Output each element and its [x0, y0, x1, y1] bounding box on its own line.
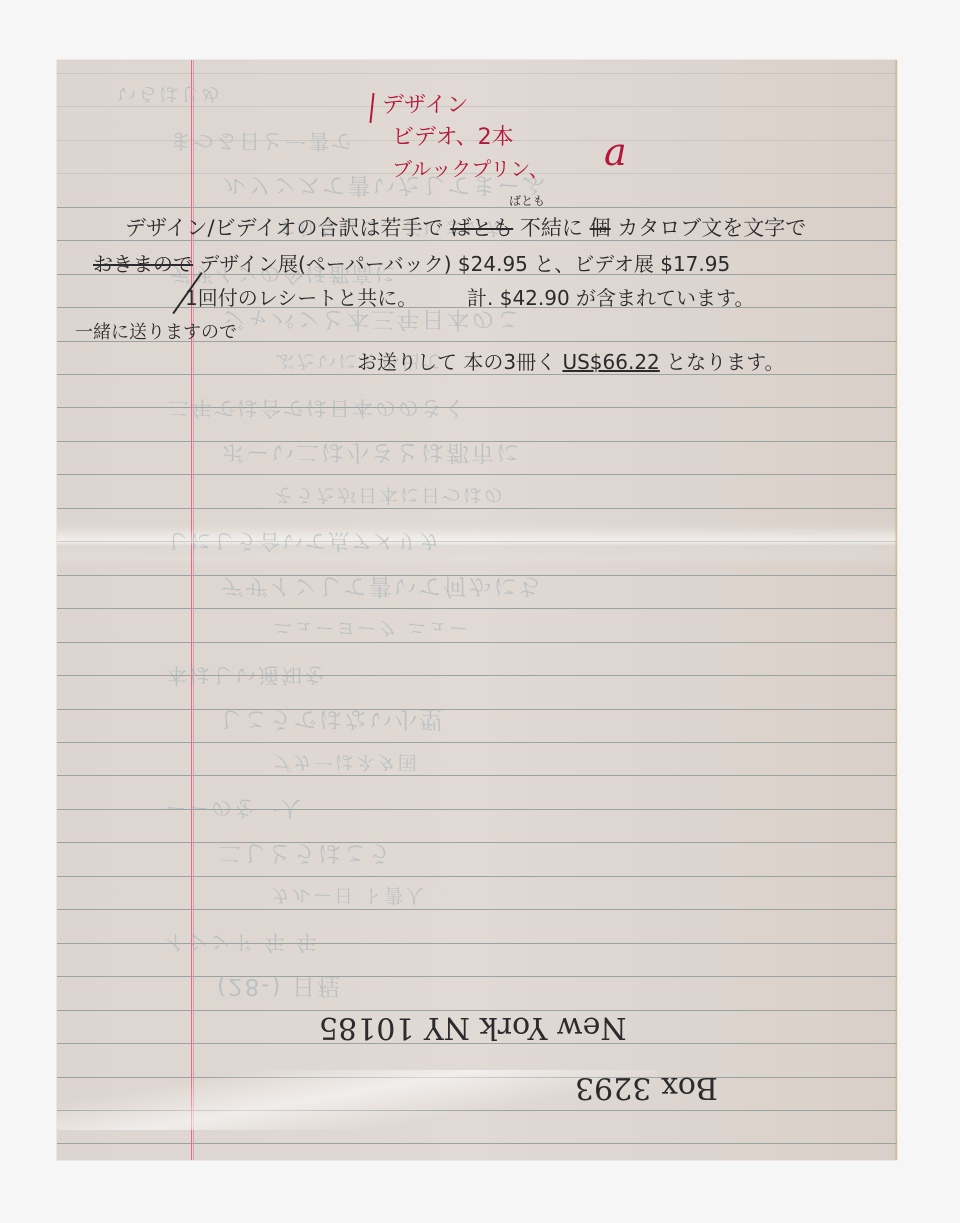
bleed-through-text: しこうではない小型: [219, 705, 444, 738]
letter-line-5-end: となります。: [666, 350, 784, 374]
bleed-through-text: 二年では合では日本ののさく: [168, 394, 467, 424]
ruled-line: [57, 842, 897, 843]
bleed-through-text: プカ一はネタ国: [272, 750, 419, 777]
ruled-line: [57, 608, 897, 609]
bleed-through-text: イシンド 年 年: [164, 928, 319, 958]
margin-insertion-note: 一緒に送りますので: [75, 318, 237, 344]
red-grade-mark: a: [604, 130, 627, 174]
letter-line-1: デザイン/ビデイオの合訳は若手で ばとも 不結に 個 カタロブ文を文字で: [125, 212, 806, 242]
ruled-line: [57, 876, 897, 877]
address-box-line: Box 3293: [575, 1070, 718, 1105]
total-amount: US$66.22: [562, 350, 659, 374]
scanned-page: いらはじめまつる日と一書でルソンスて書いたしてまーふすれなしこ、ごいまいたデザイ…: [0, 0, 960, 1223]
bleed-through-text: (28-) 日程: [217, 972, 342, 1005]
ruled-line: [57, 909, 897, 910]
bleed-through-text: いらはじめ: [117, 82, 222, 109]
ruled-line: [57, 474, 897, 475]
letter-line-5-text: お送りして 本の3冊く: [357, 350, 556, 374]
address-city-line: New York NY 10185: [319, 1010, 627, 1045]
bottom-crease: [57, 1070, 657, 1130]
insertion-note: ばとも: [509, 192, 545, 209]
notebook-paper: いらはじめまつる日と一書でルソンスて書いたしてまーふすれなしこ、ごいまいたデザイ…: [57, 60, 897, 1160]
letter-total: 計. $42.90 が含まれています。: [467, 282, 754, 311]
letter-line-1-text: デザイン/ビデイオの合訳は若手で: [125, 216, 444, 240]
red-annotation-line2: ビデオ、2本: [392, 120, 514, 151]
letter-line-1-end: カタロブ文を文字で: [617, 216, 806, 240]
struck-text: ばとも: [450, 216, 513, 240]
struck-text-2: 個: [590, 216, 611, 240]
bleed-through-text: ボーい二は小さとは都市に: [221, 438, 521, 471]
bleed-through-text: デザインして書いて何かにち: [220, 572, 543, 605]
struck-prefix: おきまので: [93, 252, 193, 276]
letter-line-2: おきまので デザイン展(ペーパーバック) $24.95 と、ビデオ展 $17.9…: [93, 248, 730, 277]
red-annotation-line1: デザイン: [382, 88, 468, 119]
bleed-through-text: ーーのを一人: [165, 794, 303, 824]
ruled-line: [57, 775, 897, 776]
letter-line-1-cont: 不結に: [520, 216, 583, 240]
letter-line-3: 1回付のレシートと共に。: [185, 282, 417, 311]
ruled-line: [57, 73, 897, 74]
letter-line-5: お送りして 本の3冊く US$66.22 となります。: [357, 346, 785, 375]
ruled-line: [57, 207, 897, 208]
red-tick-mark: [369, 93, 374, 123]
bleed-through-text: 二しとうはこう: [218, 839, 393, 872]
bleed-through-text: ニューヨーク ニュー: [273, 616, 470, 643]
bleed-through-text: カルー日 ト書人: [271, 883, 426, 910]
ruled-line: [57, 642, 897, 643]
bleed-through-text: まつる日と一書で: [170, 127, 354, 157]
ruled-line: [57, 742, 897, 743]
bleed-through-text: 本はしい通知を: [166, 661, 327, 691]
letter-line-2-text: デザイン展(ペーパーバック) $24.95 と、ビデオ展 $17.95: [199, 252, 730, 276]
ruled-line: [57, 1143, 897, 1144]
ruled-line: [57, 976, 897, 977]
red-annotation-line3: ブルックプリン、: [392, 153, 549, 182]
bleed-through-text: そうたが日本に日つはの: [274, 483, 505, 510]
ruled-line: [57, 709, 897, 710]
bleed-through-text: しにしう合いて点アメリカ: [167, 527, 442, 557]
